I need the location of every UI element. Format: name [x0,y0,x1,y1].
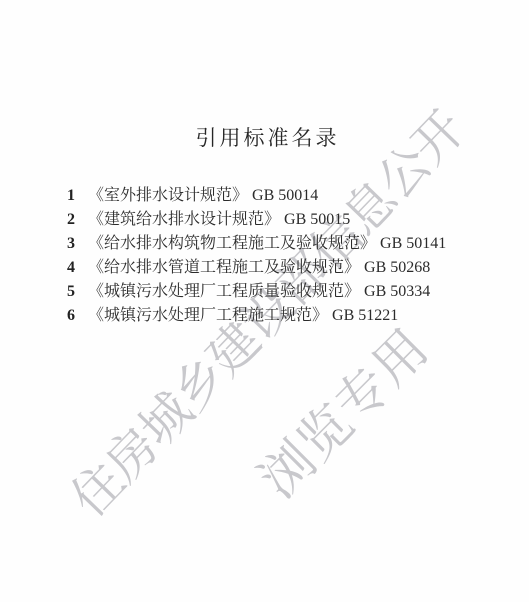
standard-name: 《城镇污水处理厂工程施工规范》 [88,304,328,328]
standard-row: 5《城镇污水处理厂工程质量验收规范》GB 50334 [67,280,487,304]
standard-code: GB 50014 [252,184,318,208]
document-page: 住房城乡建设部信息公开 浏览专用 引用标准名录 1《室外排水设计规范》GB 50… [0,0,529,602]
standard-row: 1《室外排水设计规范》GB 50014 [67,184,487,208]
standard-number: 6 [67,304,88,328]
standard-number: 5 [67,280,88,304]
standard-row: 6《城镇污水处理厂工程施工规范》GB 51221 [67,304,487,328]
standard-row: 3《给水排水构筑物工程施工及验收规范》GB 50141 [67,232,487,256]
standard-code: GB 51221 [332,304,398,328]
standard-name: 《建筑给水排水设计规范》 [88,208,280,232]
standard-name: 《给水排水构筑物工程施工及验收规范》 [88,232,376,256]
standard-name: 《给水排水管道工程施工及验收规范》 [88,256,360,280]
standards-list: 1《室外排水设计规范》GB 500142《建筑给水排水设计规范》GB 50015… [67,184,487,328]
standard-code: GB 50268 [364,256,430,280]
standard-row: 2《建筑给水排水设计规范》GB 50015 [67,208,487,232]
standard-name: 《室外排水设计规范》 [88,184,248,208]
standard-name: 《城镇污水处理厂工程质量验收规范》 [88,280,360,304]
standard-code: GB 50015 [284,208,350,232]
page-title: 引用标准名录 [0,122,529,152]
standard-number: 3 [67,232,88,256]
standard-row: 4《给水排水管道工程施工及验收规范》GB 50268 [67,256,487,280]
watermark-line-2: 浏览专用 [240,309,443,512]
standard-code: GB 50334 [364,280,430,304]
standard-code: GB 50141 [380,232,446,256]
standard-number: 2 [67,208,88,232]
standard-number: 4 [67,256,88,280]
standard-number: 1 [67,184,88,208]
